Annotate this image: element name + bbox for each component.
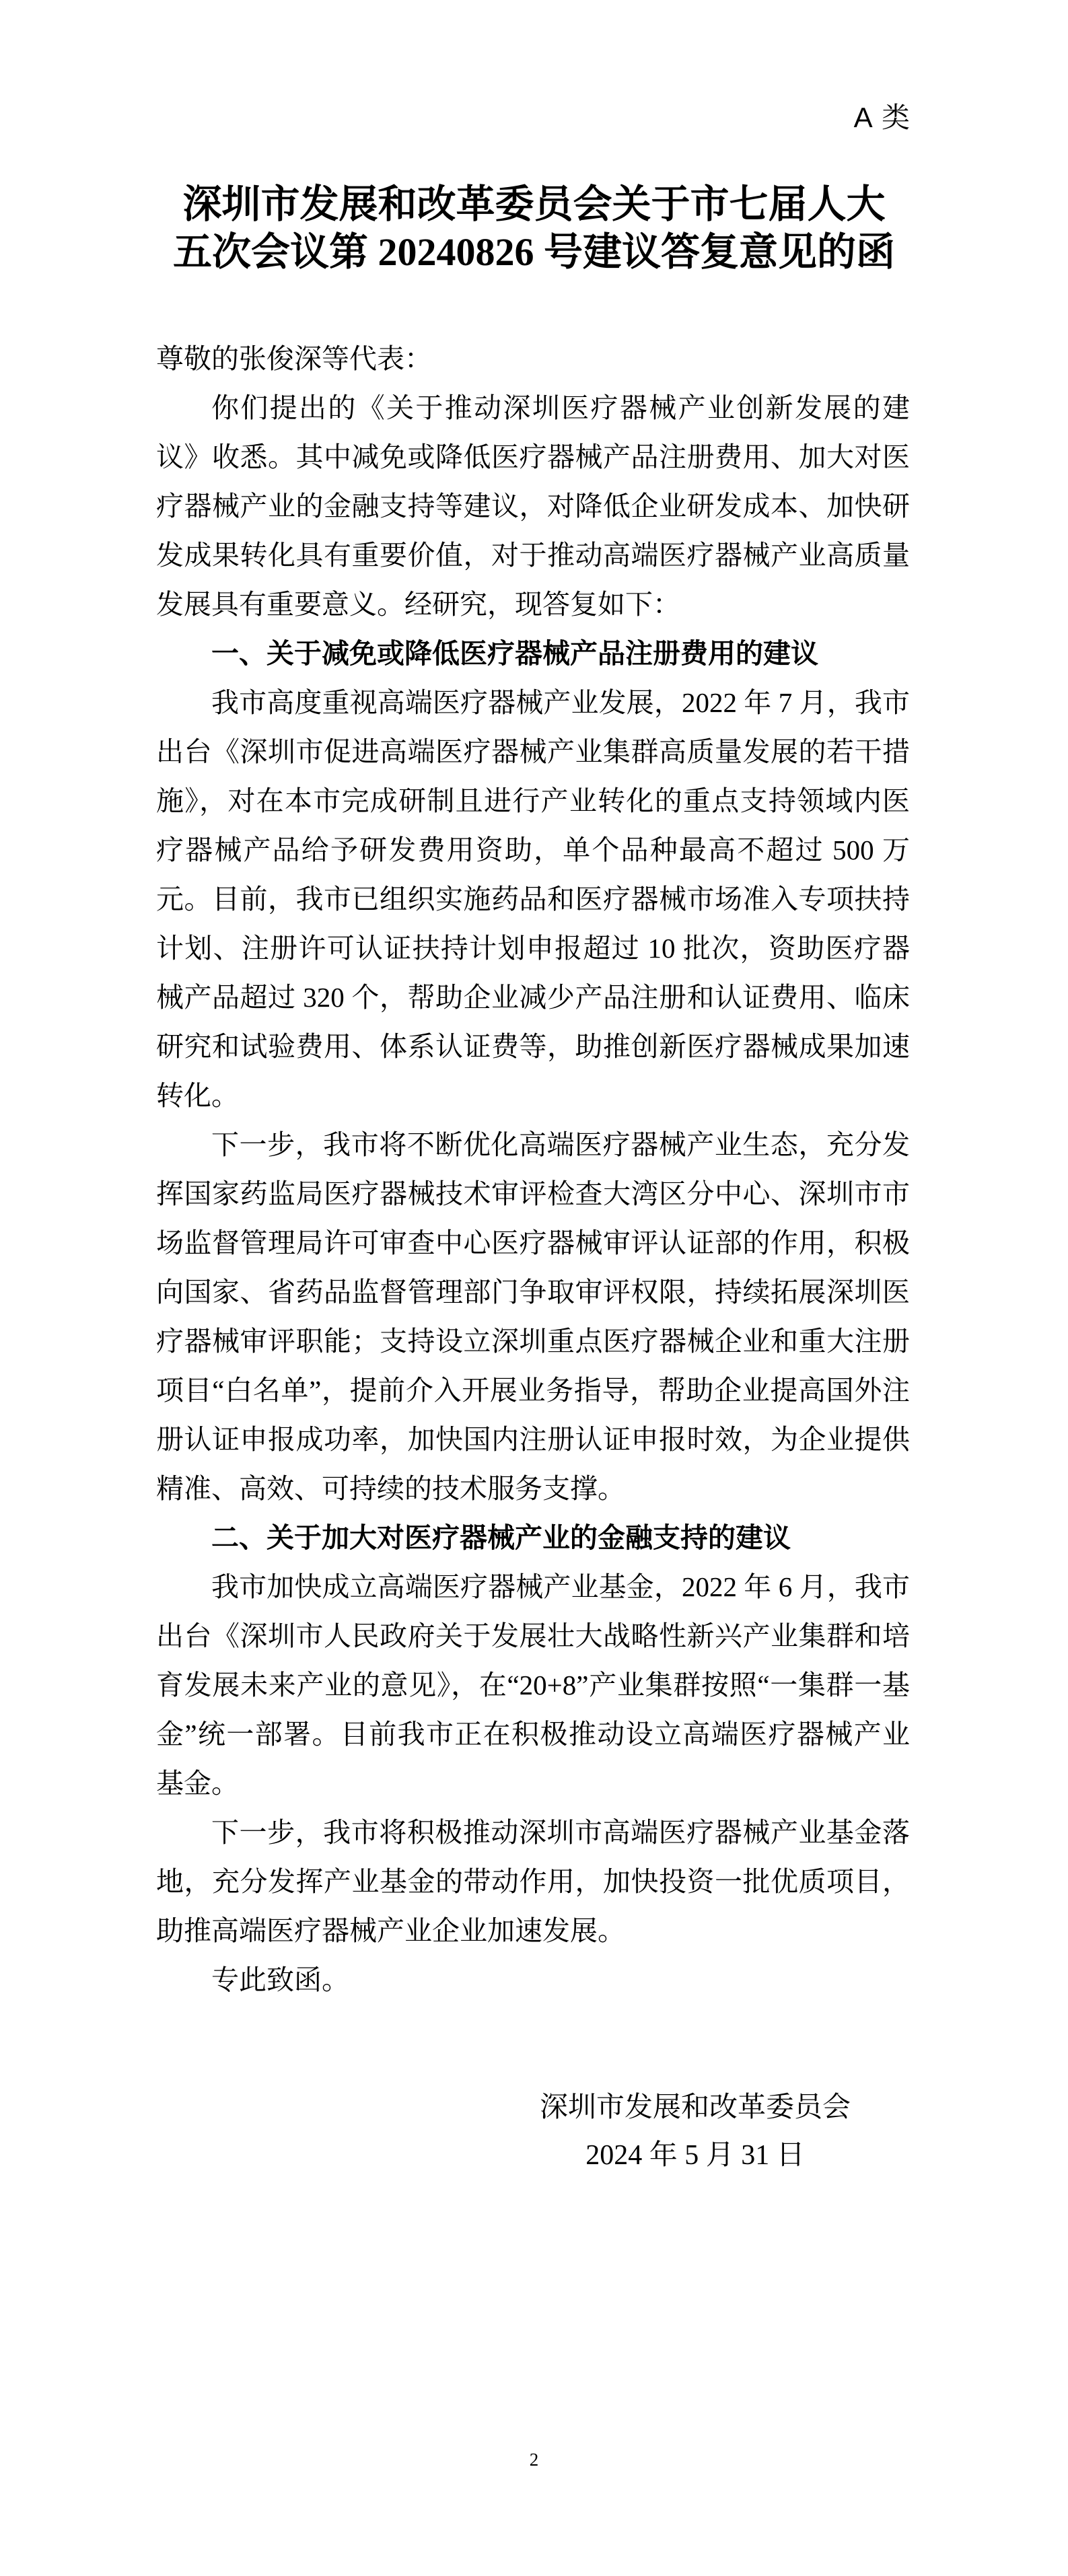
paragraph-intro: 你们提出的《关于推动深圳医疗器械产业创新发展的建议》收悉。其中减免或降低医疗器械…	[156, 384, 910, 629]
signature-date: 2024 年 5 月 31 日	[540, 2132, 851, 2180]
document-page: A 类 深圳市发展和改革委员会关于市七届人大 五次会议第 20240826 号建…	[0, 0, 1068, 2576]
section-heading-1: 一、关于减免或降低医疗器械产品注册费用的建议	[156, 629, 910, 678]
paragraph-section2-next-steps: 下一步，我市将积极推动深圳市高端医疗器械产业基金落地，充分发挥产业基金的带动作用…	[156, 1808, 910, 1956]
document-title: 深圳市发展和改革委员会关于市七届人大 五次会议第 20240826 号建议答复意…	[0, 180, 1068, 276]
closing-phrase: 专此致函。	[156, 1956, 910, 2005]
paragraph-section2-fund: 我市加快成立高端医疗器械产业基金，2022 年 6 月，我市出台《深圳市人民政府…	[156, 1563, 910, 1808]
letter-body: 尊敬的张俊深等代表： 你们提出的《关于推动深圳医疗器械产业创新发展的建议》收悉。…	[156, 334, 910, 2005]
paragraph-section1-next-steps: 下一步，我市将不断优化高端医疗器械产业生态，充分发挥国家药监局医疗器械技术审评检…	[156, 1120, 910, 1513]
signature-organization: 深圳市发展和改革委员会	[540, 2084, 851, 2132]
section-heading-2: 二、关于加大对医疗器械产业的金融支持的建议	[156, 1513, 910, 1563]
paragraph-section1-measures: 我市高度重视高端医疗器械产业发展，2022 年 7 月，我市出台《深圳市促进高端…	[156, 678, 910, 1120]
signature-block: 深圳市发展和改革委员会 2024 年 5 月 31 日	[540, 2084, 851, 2180]
salutation: 尊敬的张俊深等代表：	[156, 334, 910, 384]
page-number: 2	[0, 2449, 1068, 2470]
document-title-line-1: 深圳市发展和改革委员会关于市七届人大	[0, 180, 1068, 228]
document-title-line-2: 五次会议第 20240826 号建议答复意见的函	[0, 228, 1068, 276]
classification-badge: A 类	[854, 102, 911, 133]
